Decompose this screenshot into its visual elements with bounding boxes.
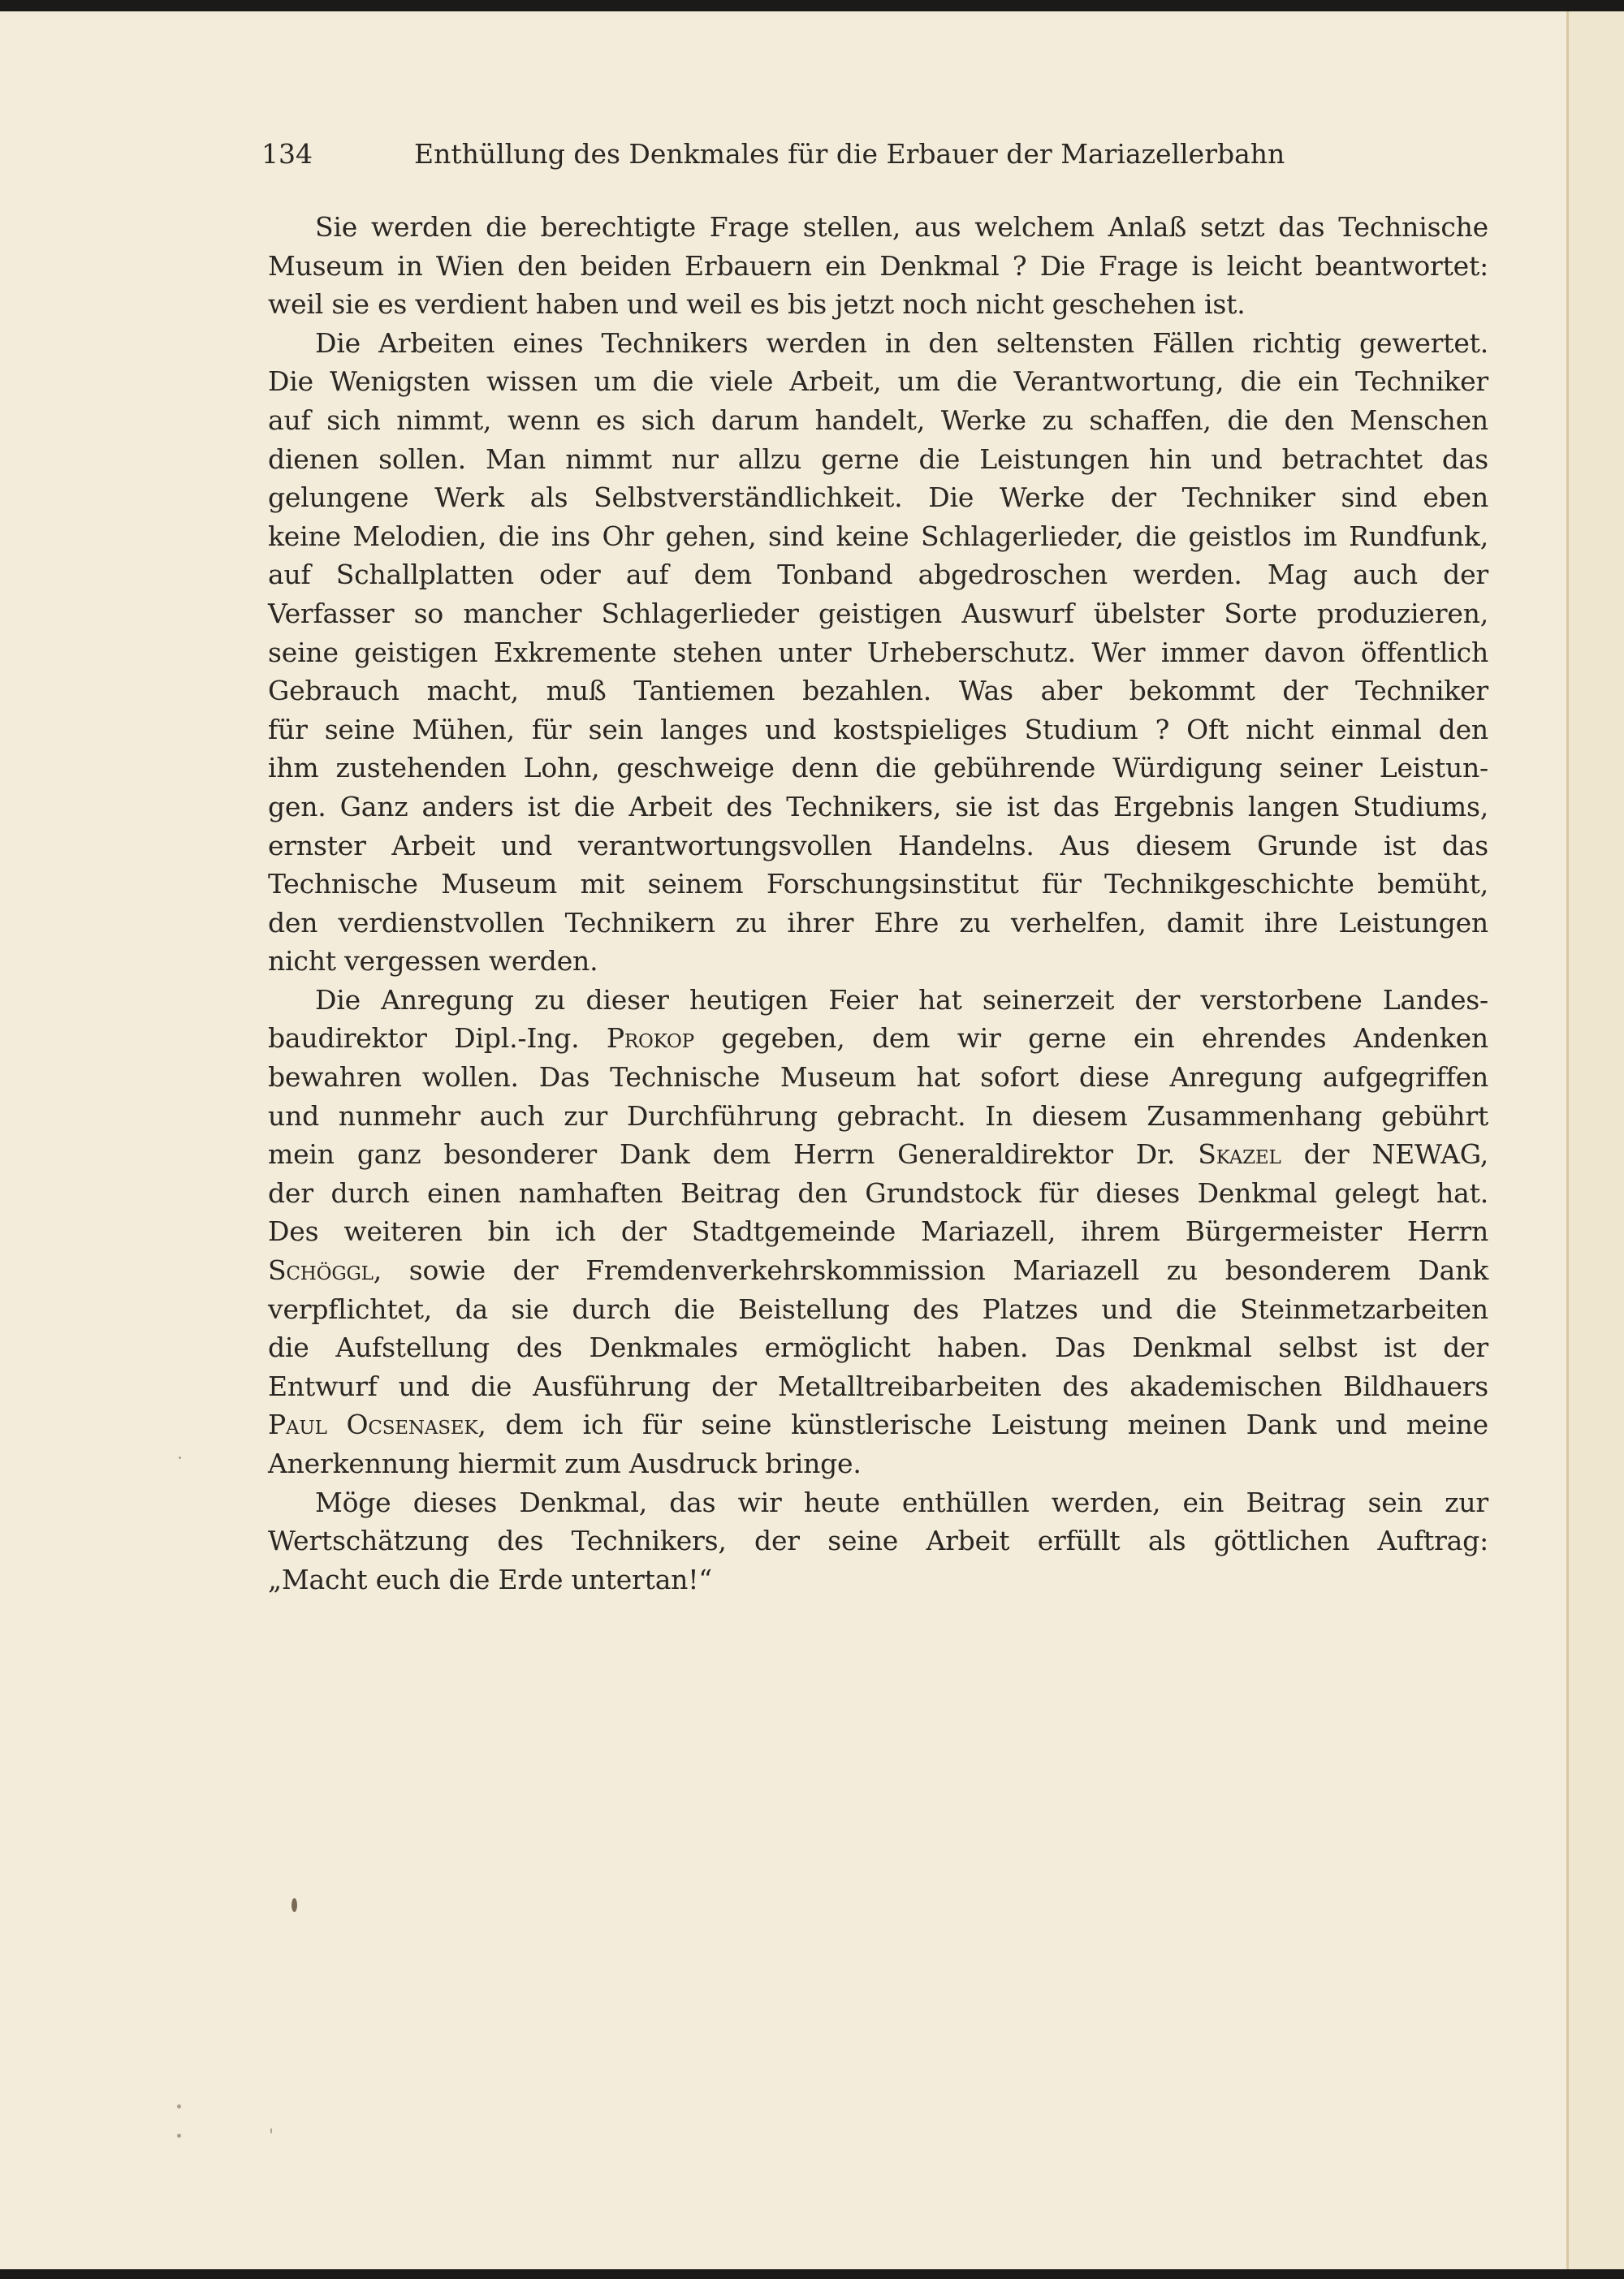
small-caps-name: Paul Ocsenasek [268, 1409, 477, 1440]
page-fore-edge-line [1566, 11, 1569, 2269]
small-caps-name: Skazel [1198, 1138, 1281, 1170]
text-line: Technische Museum mit seinem Forschungsi… [268, 865, 1488, 904]
text-line: Möge dieses Denkmal, das wir heute enthü… [268, 1483, 1488, 1522]
text-line: den verdienstvollen Technikern zu ihrer … [268, 904, 1488, 943]
text-line: Des weiteren bin ich der Stadtgemeinde M… [268, 1212, 1488, 1251]
text-line: für seine Mühen, für sein langes und kos… [268, 710, 1488, 749]
text-line: auf Schallplatten oder auf dem Tonband a… [268, 555, 1488, 594]
paragraph-1: Sie werden die berechtigte Frage stellen… [268, 208, 1488, 324]
paper-blemish [270, 2128, 272, 2134]
text-line: Sie werden die berechtigte Frage stellen… [268, 208, 1488, 247]
paper-blemish [292, 1898, 297, 1912]
text-line: auf sich nimmt, wenn es sich darum hande… [268, 401, 1488, 440]
text-line: Die Arbeiten eines Technikers werden in … [268, 324, 1488, 363]
text-line: und nunmehr auch zur Durchführung gebrac… [268, 1097, 1488, 1136]
text-line: verpflichtet, da sie durch die Beistellu… [268, 1290, 1488, 1329]
scan-bottom-edge [0, 2269, 1624, 2279]
paragraph-4: Möge dieses Denkmal, das wir heute enthü… [268, 1483, 1488, 1599]
text-line: Verfasser so mancher Schlagerlieder geis… [268, 594, 1488, 633]
small-caps-name: Prokop [607, 1022, 694, 1054]
text-line: Paul Ocsenasek, dem ich für seine künstl… [268, 1405, 1488, 1444]
text-line: Entwurf und die Ausführung der Metalltre… [268, 1367, 1488, 1406]
paragraph-3: Die Anregung zu dieser heutigen Feier ha… [268, 981, 1488, 1483]
text-line: dienen sollen. Man nimmt nur allzu gerne… [268, 440, 1488, 479]
text-line: keine Melodien, die ins Ohr gehen, sind … [268, 517, 1488, 556]
page-number: 134 [261, 136, 414, 172]
text-line: gelungene Werk als Selbstverständlichkei… [268, 478, 1488, 517]
text-line: bewahren wollen. Das Technische Museum h… [268, 1058, 1488, 1097]
paper-blemish [179, 1457, 181, 1459]
scan-top-edge [0, 0, 1624, 11]
paragraph-2: Die Arbeiten eines Technikers werden in … [268, 324, 1488, 981]
text-line: Die Wenigsten wissen um die viele Arbeit… [268, 362, 1488, 401]
text-line: „Macht euch die Erde untertan!“ [268, 1560, 1488, 1599]
running-title: Enthüllung des Denkmales für die Erbauer… [414, 138, 1285, 170]
text-line: der durch einen namhaften Beitrag den Gr… [268, 1174, 1488, 1213]
text-line: nicht vergessen werden. [268, 942, 1488, 981]
text-line: seine geistigen Exkremente stehen unter … [268, 633, 1488, 672]
text-line: Wertschätzung des Technikers, der seine … [268, 1521, 1488, 1560]
paper-blemish [177, 2104, 181, 2109]
body-text: Sie werden die berechtigte Frage stellen… [268, 208, 1488, 1599]
text-line: ihm zustehenden Lohn, geschweige denn di… [268, 749, 1488, 788]
running-head: 134Enthüllung des Denkmales für die Erba… [261, 136, 1496, 172]
text-line: Gebrauch macht, muß Tantiemen bezahlen. … [268, 671, 1488, 710]
text-line: weil sie es verdient haben und weil es b… [268, 285, 1488, 324]
small-caps-name: Schöggl [268, 1254, 374, 1286]
text-line: Anerkennung hiermit zum Ausdruck bringe. [268, 1444, 1488, 1483]
text-line: ernster Arbeit und verantwortungsvollen … [268, 827, 1488, 865]
text-line: Schöggl, sowie der Fremdenverkehrskommis… [268, 1251, 1488, 1290]
text-line: die Aufstellung des Denkmales ermöglicht… [268, 1328, 1488, 1367]
text-line: baudirektor Dipl.-Ing. Prokop gegeben, d… [268, 1019, 1488, 1058]
text-line: mein ganz besonderer Dank dem Herrn Gene… [268, 1135, 1488, 1174]
adjacent-page-edge [1569, 11, 1624, 2269]
paper-blemish [177, 2134, 181, 2138]
text-line: Museum in Wien den beiden Erbauern ein D… [268, 247, 1488, 286]
text-line: gen. Ganz anders ist die Arbeit des Tech… [268, 788, 1488, 827]
text-line: Die Anregung zu dieser heutigen Feier ha… [268, 981, 1488, 1020]
